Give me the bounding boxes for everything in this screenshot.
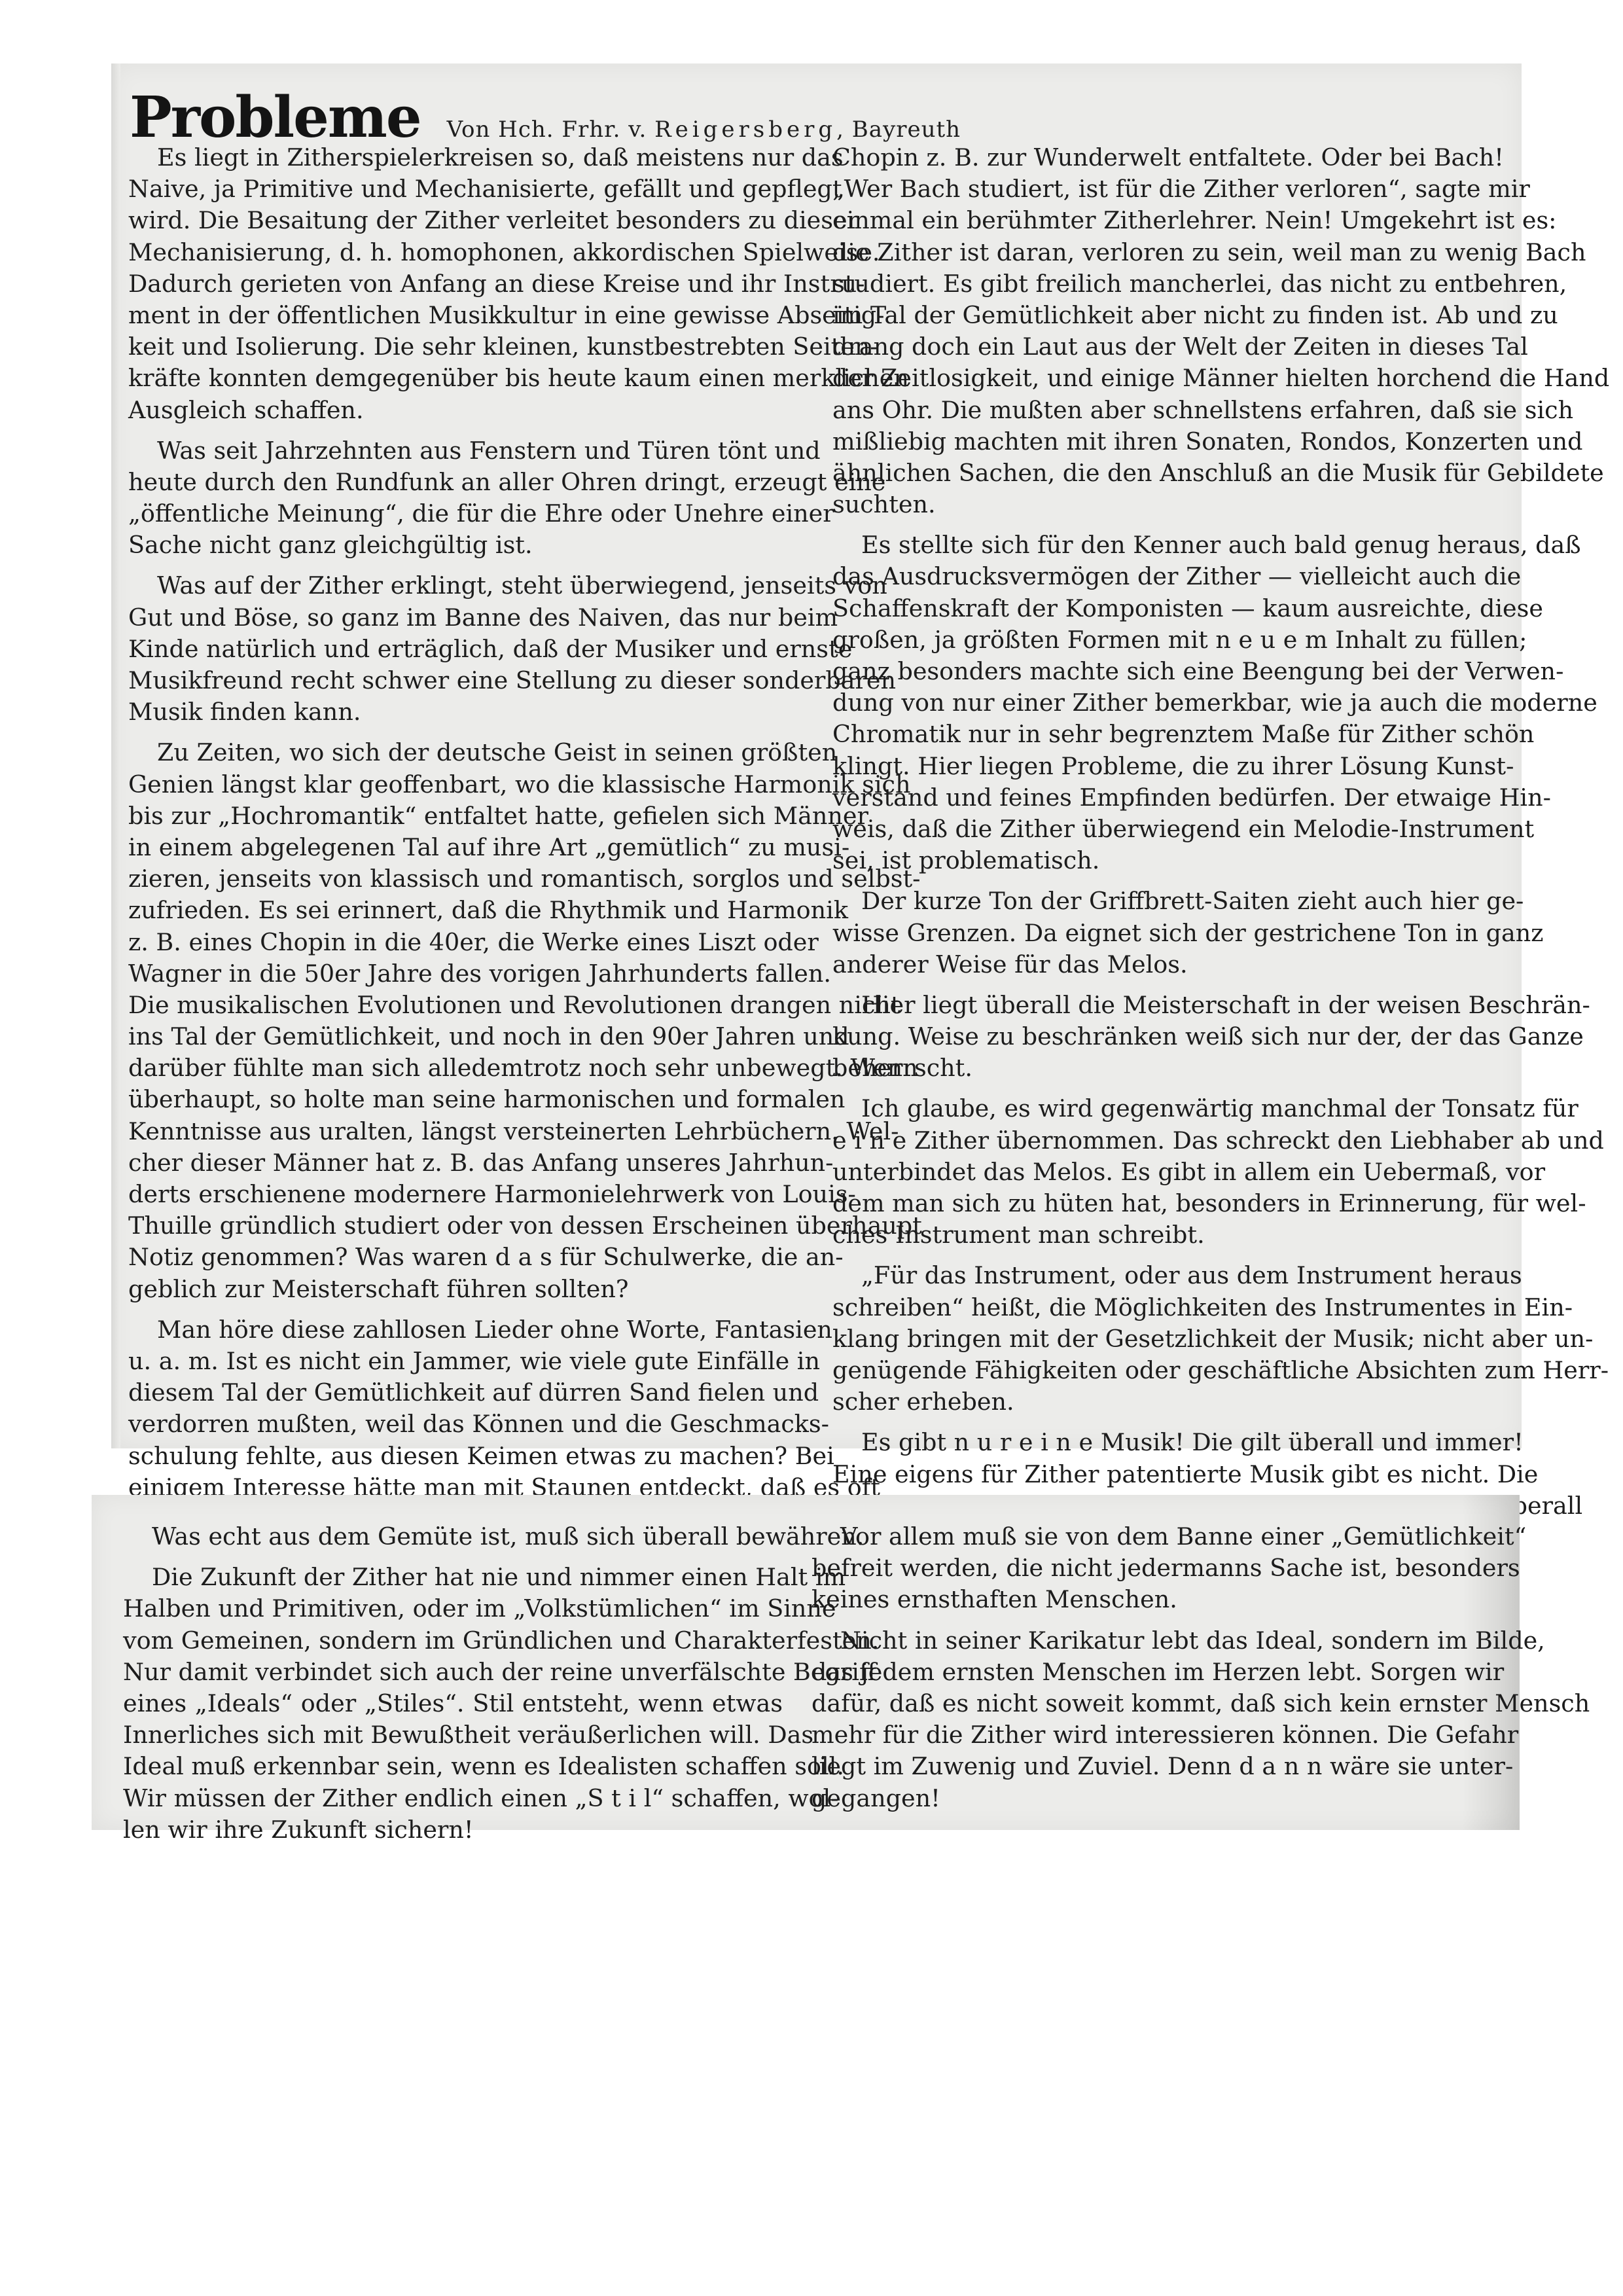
text-line: keines ernsthaften Menschen. [811, 1584, 1479, 1615]
text-line: Der kurze Ton der Griffbrett-Saiten zieh… [832, 886, 1501, 917]
article-byline: Von Hch. Frhr. v. Reigersberg, Bayreuth [447, 117, 961, 143]
text-line: Was auf der Zither erklingt, steht überw… [128, 570, 811, 601]
text-line: keit und Isolierung. Die sehr kleinen, k… [128, 331, 811, 363]
paragraph: „Für das Instrument, oder aus dem Instru… [832, 1260, 1501, 1418]
text-line: der Zeitlosigkeit, und einige Männer hie… [832, 363, 1501, 394]
scan-fragment-top: Probleme Von Hch. Frhr. v. Reigersberg, … [111, 63, 1522, 1448]
text-line: klingt. Hier liegen Probleme, die zu ihr… [832, 751, 1501, 782]
text-line: liegt im Zuwenig und Zuviel. Denn d a n … [811, 1751, 1479, 1782]
paragraph-gap [811, 1616, 1479, 1625]
text-line: Ideal muß erkennbar sein, wenn es Ideali… [123, 1751, 783, 1782]
text-line: Nur damit verbindet sich auch der reine … [123, 1657, 783, 1688]
text-line: Genien längst klar geoffenbart, wo die k… [128, 769, 811, 800]
byline-prefix: Von Hch. Frhr. v. [447, 117, 647, 143]
text-line: u. a. m. Ist es nicht ein Jammer, wie vi… [128, 1346, 811, 1377]
text-line: im Tal der Gemütlichkeit aber nicht zu f… [832, 300, 1501, 331]
text-line: Gut und Böse, so ganz im Banne des Naive… [128, 602, 811, 634]
text-line: eines „Ideals“ oder „Stiles“. Stil entst… [123, 1688, 783, 1719]
text-line: mehr für die Zither wird interessieren k… [811, 1719, 1479, 1751]
text-line: verdorren mußten, weil das Können und di… [128, 1408, 811, 1440]
text-line: Die musikalischen Evolutionen und Revolu… [128, 990, 811, 1021]
text-line: Chopin z. B. zur Wunderwelt entfaltete. … [832, 142, 1501, 173]
text-line: heute durch den Rundfunk an aller Ohren … [128, 467, 811, 498]
paragraph: Was auf der Zither erklingt, steht überw… [128, 570, 811, 728]
text-line: zufrieden. Es sei erinnert, daß die Rhyt… [128, 895, 811, 926]
text-line: wird. Die Besaitung der Zither verleitet… [128, 205, 811, 236]
text-line: ans Ohr. Die mußten aber schnellstens er… [832, 395, 1501, 426]
text-line: Nicht in seiner Karikatur lebt das Ideal… [811, 1625, 1479, 1657]
paragraph: Es stellte sich für den Kenner auch bald… [832, 529, 1501, 876]
column-right-bottom: Vor allem muß sie von dem Banne einer „G… [811, 1521, 1479, 1814]
byline-place: , Bayreuth [836, 117, 961, 143]
text-line: „öffentliche Meinung“, die für die Ehre … [128, 498, 811, 529]
text-line: Dadurch gerieten von Anfang an diese Kre… [128, 268, 811, 300]
text-line: ganz besonders machte sich eine Beengung… [832, 656, 1501, 687]
text-line: Die Zukunft der Zither hat nie und nimme… [123, 1562, 783, 1593]
text-line: cher dieser Männer hat z. B. das Anfang … [128, 1147, 811, 1179]
text-line: Man höre diese zahllosen Lieder ohne Wor… [128, 1314, 811, 1346]
text-line: Wir müssen der Zither endlich einen „S t… [123, 1783, 783, 1814]
text-line: das Ausdrucksvermögen der Zither — viell… [832, 561, 1501, 592]
text-line: Innerliches sich mit Bewußtheit veräußer… [123, 1719, 783, 1751]
paragraph: Es liegt in Zitherspielerkreisen so, daß… [128, 142, 811, 426]
text-line: dung von nur einer Zither bemerkbar, wie… [832, 687, 1501, 719]
text-line: weis, daß die Zither überwiegend ein Mel… [832, 814, 1501, 845]
text-line: Zu Zeiten, wo sich der deutsche Geist in… [128, 737, 811, 768]
text-line: Chromatik nur in sehr begrenztem Maße fü… [832, 719, 1501, 750]
paragraph: Hier liegt überall die Meisterschaft in … [832, 990, 1501, 1085]
paragraph: Die Zukunft der Zither hat nie und nimme… [123, 1562, 783, 1846]
paragraph: Ich glaube, es wird gegenwärtig manchmal… [832, 1093, 1501, 1251]
text-line: Wagner in die 50er Jahre des vorigen Jah… [128, 958, 811, 990]
text-line: gegangen! [811, 1783, 1479, 1814]
text-line: ähnlichen Sachen, die den Anschluß an di… [832, 457, 1501, 489]
column-right-top: Chopin z. B. zur Wunderwelt entfaltete. … [832, 142, 1501, 1553]
paragraph: Chopin z. B. zur Wunderwelt entfaltete. … [832, 142, 1501, 520]
text-line: beherrscht. [832, 1052, 1501, 1084]
text-line: kung. Weise zu beschränken weiß sich nur… [832, 1021, 1501, 1052]
article-title: Probleme [130, 84, 421, 151]
text-line: die Zither ist daran, verloren zu sein, … [832, 237, 1501, 268]
text-line: drang doch ein Laut aus der Welt der Zei… [832, 331, 1501, 363]
text-line: ins Tal der Gemütlichkeit, und noch in d… [128, 1021, 811, 1052]
paragraph: Zu Zeiten, wo sich der deutsche Geist in… [128, 737, 811, 1304]
text-line: großen, ja größten Formen mit n e u e m … [832, 624, 1501, 656]
text-line: zieren, jenseits von klassisch und roman… [128, 863, 811, 895]
text-line: Musikfreund recht schwer eine Stellung z… [128, 665, 811, 696]
text-line: schulung fehlte, aus diesen Keimen etwas… [128, 1441, 811, 1472]
text-line: „Wer Bach studiert, ist für die Zither v… [832, 173, 1501, 205]
text-line: unterbindet das Melos. Es gibt in allem … [832, 1157, 1501, 1188]
text-line: Notiz genommen? Was waren d a s für Schu… [128, 1242, 811, 1273]
text-line: diesem Tal der Gemütlichkeit auf dürren … [128, 1377, 811, 1408]
article-header: Probleme Von Hch. Frhr. v. Reigersberg, … [130, 84, 961, 151]
text-line: mißliebig machten mit ihren Sonaten, Ron… [832, 426, 1501, 457]
text-line: Eine eigens für Zither patentierte Musik… [832, 1459, 1501, 1490]
text-line: studiert. Es gibt freilich mancherlei, d… [832, 268, 1501, 300]
text-line: Ausgleich schaffen. [128, 395, 811, 426]
text-line: sei, ist problematisch. [832, 845, 1501, 876]
text-line: Was seit Jahrzehnten aus Fenstern und Tü… [128, 435, 811, 467]
paragraph-gap [832, 520, 1501, 529]
byline-author-name: Reigersberg [654, 117, 836, 143]
text-line: ment in der öffentlichen Musikkultur in … [128, 300, 811, 331]
paragraph-gap [128, 561, 811, 570]
text-line: befreit werden, die nicht jedermanns Sac… [811, 1552, 1479, 1584]
text-line: wisse Grenzen. Da eignet sich der gestri… [832, 918, 1501, 949]
text-line: Musik finden kann. [128, 696, 811, 728]
text-line: Halben und Primitiven, oder im „Volkstüm… [123, 1593, 783, 1624]
text-line: Schaffenskraft der Komponisten — kaum au… [832, 593, 1501, 624]
paragraph-gap [832, 876, 1501, 886]
text-line: dem man sich zu hüten hat, besonders in … [832, 1188, 1501, 1219]
text-line: e i n e Zither übernommen. Das schreckt … [832, 1125, 1501, 1157]
paragraph-gap [128, 426, 811, 435]
text-line: Naive, ja Primitive und Mechanisierte, g… [128, 173, 811, 205]
text-line: „Für das Instrument, oder aus dem Instru… [832, 1260, 1501, 1291]
text-line: suchten. [832, 489, 1501, 520]
text-line: dafür, daß es nicht soweit kommt, daß si… [811, 1688, 1479, 1719]
text-line: Was echt aus dem Gemüte ist, muß sich üb… [123, 1521, 783, 1552]
scan-fragment-bottom: Was echt aus dem Gemüte ist, muß sich üb… [92, 1495, 1520, 1830]
text-line: in einem abgelegenen Tal auf ihre Art „g… [128, 832, 811, 863]
text-line: Es gibt n u r e i n e Musik! Die gilt üb… [832, 1427, 1501, 1458]
text-line: z. B. eines Chopin in die 40er, die Werk… [128, 927, 811, 958]
paragraph: Der kurze Ton der Griffbrett-Saiten zieh… [832, 886, 1501, 980]
text-line: vom Gemeinen, sondern im Gründlichen und… [123, 1625, 783, 1657]
text-line: Vor allem muß sie von dem Banne einer „G… [811, 1521, 1479, 1552]
text-line: Sache nicht ganz gleichgültig ist. [128, 529, 811, 561]
text-line: kräfte konnten demgegenüber bis heute ka… [128, 363, 811, 394]
paragraph: Nicht in seiner Karikatur lebt das Ideal… [811, 1625, 1479, 1814]
text-line: genügende Fähigkeiten oder geschäftliche… [832, 1355, 1501, 1386]
text-line: derts erschienene modernere Harmonielehr… [128, 1179, 811, 1210]
text-line: Thuille gründlich studiert oder von dess… [128, 1210, 811, 1242]
paragraph: Was seit Jahrzehnten aus Fenstern und Tü… [128, 435, 811, 562]
text-line: darüber fühlte man sich alledemtrotz noc… [128, 1052, 811, 1084]
text-line: ches Instrument man schreibt. [832, 1219, 1501, 1251]
paragraph: Was echt aus dem Gemüte ist, muß sich üb… [123, 1521, 783, 1552]
column-left-top: Es liegt in Zitherspielerkreisen so, daß… [128, 142, 811, 1535]
text-line: einmal ein berühmter Zitherlehrer. Nein!… [832, 205, 1501, 236]
text-line: schreiben“ heißt, die Möglichkeiten des … [832, 1292, 1501, 1323]
text-line: Es liegt in Zitherspielerkreisen so, daß… [128, 142, 811, 173]
paragraph-gap [832, 1418, 1501, 1427]
paragraph-gap [832, 980, 1501, 990]
text-line: Hier liegt überall die Meisterschaft in … [832, 990, 1501, 1021]
text-line: len wir ihre Zukunft sichern! [123, 1814, 783, 1846]
text-line: verstand und feines Empfinden bedürfen. … [832, 782, 1501, 814]
paragraph-gap [832, 1251, 1501, 1260]
text-line: scher erheben. [832, 1386, 1501, 1418]
paragraph-gap [128, 728, 811, 737]
paragraph-gap [128, 1305, 811, 1314]
paragraph-gap [832, 1084, 1501, 1093]
text-line: klang bringen mit der Gesetzlichkeit der… [832, 1323, 1501, 1355]
text-line: anderer Weise für das Melos. [832, 949, 1501, 980]
text-line: Es stellte sich für den Kenner auch bald… [832, 529, 1501, 561]
paragraph-gap [123, 1552, 783, 1562]
text-line: Ich glaube, es wird gegenwärtig manchmal… [832, 1093, 1501, 1124]
text-line: Mechanisierung, d. h. homophonen, akkord… [128, 237, 811, 268]
text-line: Kinde natürlich und erträglich, daß der … [128, 634, 811, 665]
text-line: geblich zur Meisterschaft führen sollten… [128, 1274, 811, 1305]
text-line: überhaupt, so holte man seine harmonisch… [128, 1084, 811, 1115]
column-left-bottom: Was echt aus dem Gemüte ist, muß sich üb… [123, 1521, 783, 1846]
text-line: bis zur „Hochromantik“ entfaltet hatte, … [128, 800, 811, 832]
paragraph: Vor allem muß sie von dem Banne einer „G… [811, 1521, 1479, 1616]
text-line: das jedem ernsten Menschen im Herzen leb… [811, 1657, 1479, 1688]
text-line: Kenntnisse aus uralten, längst versteine… [128, 1116, 811, 1147]
